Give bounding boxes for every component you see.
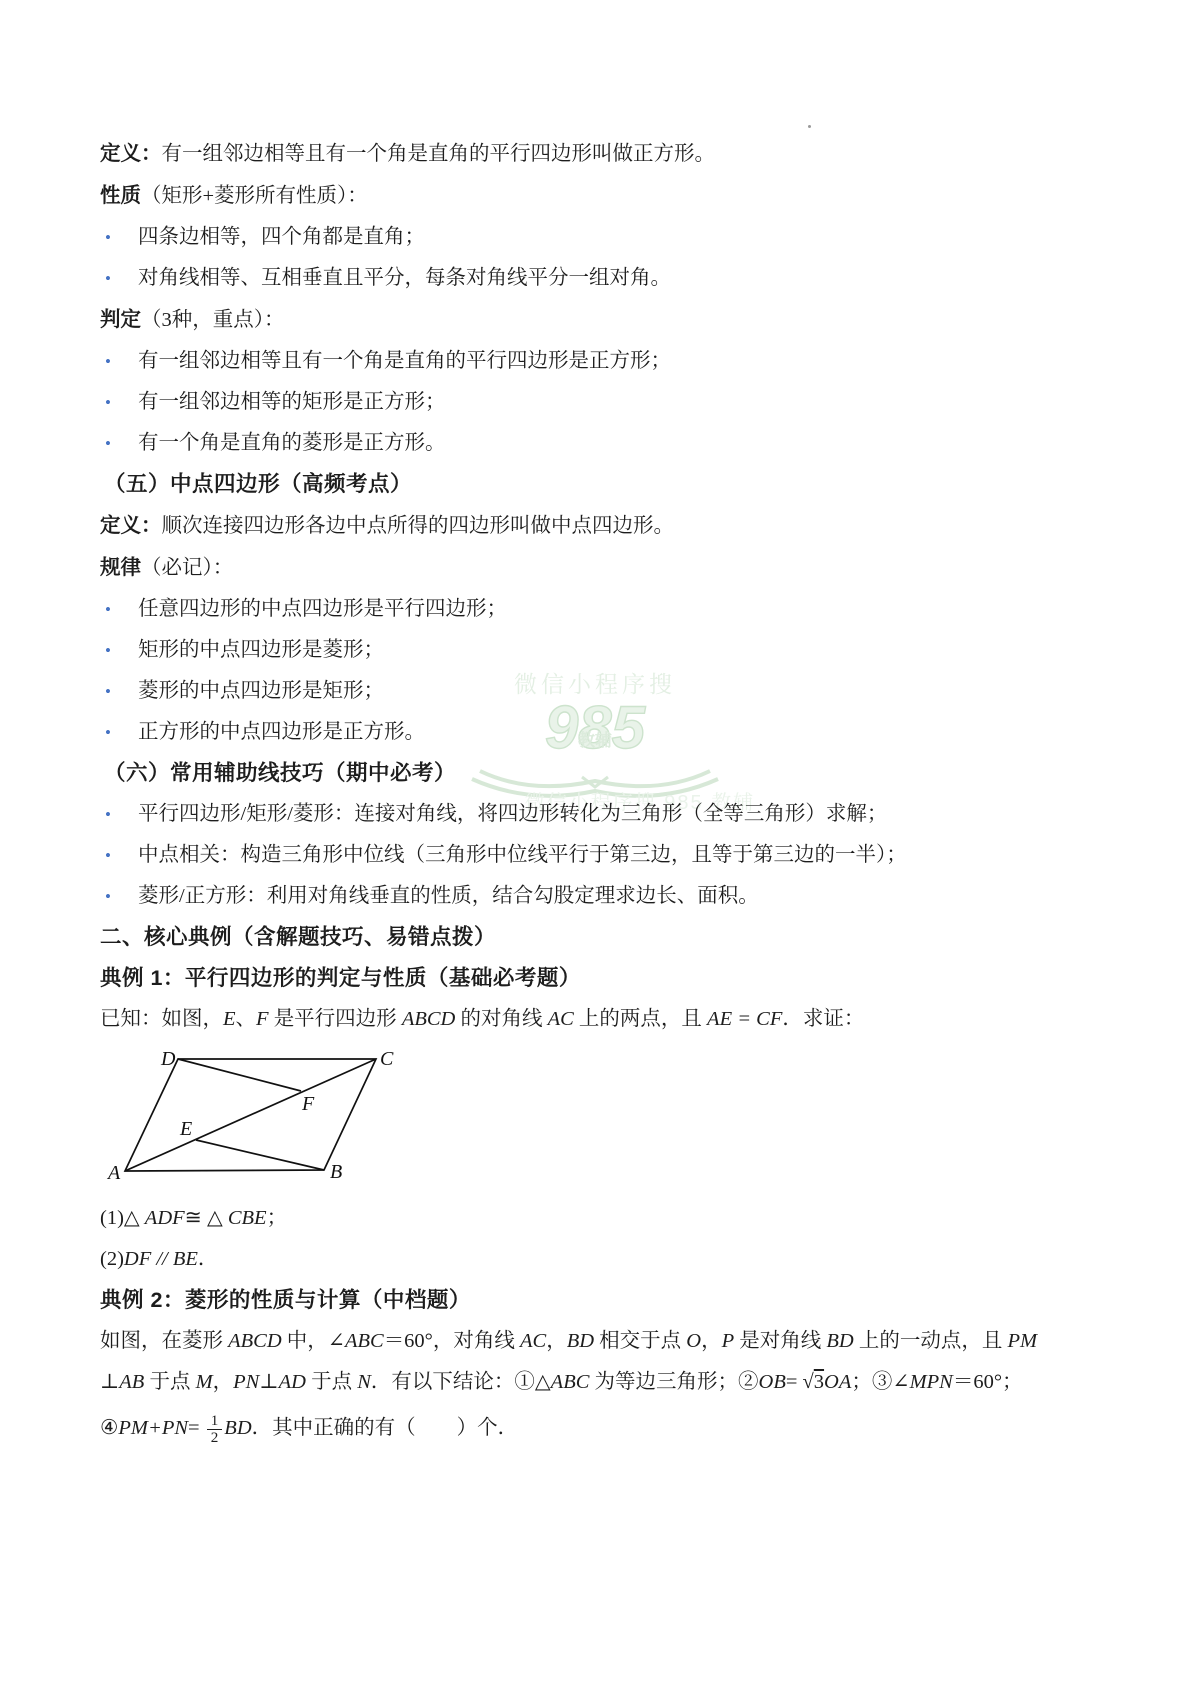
bullet-text: 对角线相等、互相垂直且平分，每条对角线平分一组对角。 [138, 267, 671, 289]
text-segment: F [256, 1008, 269, 1030]
bullet-text: 平行四边形/矩形/菱形：连接对角线，将四边形转化为三角形（全等三角形）求解； [138, 803, 887, 825]
text-segment: AE = CF [707, 1008, 782, 1030]
text-segment: PM+PN [118, 1417, 188, 1439]
bullet-icon: • [100, 630, 138, 671]
text-segment: ， [546, 1330, 567, 1352]
rule-bullet-item: •任意四边形的中点四边形是平行四边形； [100, 589, 1100, 630]
text-segment: 正方形的中点四边形是正方形。 [138, 721, 425, 743]
text-segment: 中点相关：构造三角形中位线（三角形中位线平行于第三边，且等于第三边的一半）； [138, 844, 907, 866]
segment-EB [196, 1140, 324, 1170]
text-segment: （3种，重点）： [141, 309, 285, 331]
rule-label-line: 规律（必记）： [100, 547, 1100, 589]
text-segment: CBE [228, 1207, 267, 1229]
bullet-icon: • [100, 258, 138, 299]
rule-bullet-item: •正方形的中点四边形是正方形。 [100, 712, 1100, 753]
text-segment: 判定 [100, 308, 141, 331]
text-segment: = [786, 1371, 803, 1393]
text-segment: M [196, 1371, 213, 1393]
text-segment: 有一组邻边相等且有一个角是直角的平行四边形叫做正方形。 [162, 143, 716, 165]
text-segment: ⊥ [259, 1371, 278, 1393]
midpoint-definition-line: 定义：顺次连接四边形各边中点所得的四边形叫做中点四边形。 [100, 505, 1100, 547]
bullet-icon: • [100, 217, 138, 258]
document-content: 定义：有一组邻边相等且有一个角是直角的平行四边形叫做正方形。 性质（矩形+菱形所… [100, 133, 1100, 1453]
example-2-heading: 典例 2：菱形的性质与计算（中档题） [100, 1280, 1100, 1321]
text-segment: ， [213, 1371, 234, 1393]
point-label-E: E [179, 1118, 192, 1140]
text-segment: MPN [910, 1371, 953, 1393]
judgment-bullet-item: •有一组邻边相等的矩形是正方形； [100, 382, 1100, 423]
text-segment: 定义： [100, 514, 162, 537]
text-segment: ≅ △ [185, 1207, 228, 1229]
sqrt-expression: √3 [803, 1371, 825, 1393]
prove-item-1-line: (1)△ ADF≅ △ CBE； [100, 1198, 1100, 1239]
judgment-bullet-item: •有一个角是直角的菱形是正方形。 [100, 423, 1100, 464]
bullet-text: 菱形的中点四边形是矩形； [138, 680, 384, 702]
text-segment: ABC [345, 1330, 384, 1352]
text-segment: 定义： [100, 142, 162, 165]
text-segment: ．有以下结论：①△ [371, 1371, 551, 1393]
section-5-heading: （五）中点四边形（高频考点） [100, 464, 1100, 505]
text-segment: OA [824, 1371, 851, 1393]
text-segment: PN [233, 1371, 259, 1393]
text-segment: ； [267, 1207, 288, 1229]
text-segment: 矩形的中点四边形是菱形； [138, 639, 384, 661]
text-segment: 的对角线 [455, 1008, 547, 1030]
text-segment: 有一组邻边相等的矩形是正方形； [138, 391, 446, 413]
text-segment: 为等边三角形；② [589, 1371, 758, 1393]
bullet-icon: • [100, 794, 138, 835]
text-segment: ADF [145, 1207, 185, 1229]
text-segment: 性质 [100, 184, 141, 207]
document-page: 微信小程序搜 985 教辅 微信小程序搜 985 教辅 定义：有一组邻边相等且有… [0, 0, 1190, 1683]
properties-label-line: 性质（矩形+菱形所有性质）： [100, 175, 1100, 217]
technique-bullet-item: •中点相关：构造三角形中位线（三角形中位线平行于第三边，且等于第三边的一半）； [100, 835, 1100, 876]
text-segment: = [188, 1417, 205, 1439]
fraction: 12 [207, 1413, 223, 1446]
text-segment: 、 [236, 1008, 257, 1030]
text-segment: ④ [100, 1417, 118, 1439]
text-segment: AB [119, 1371, 144, 1393]
property-bullet-item: •对角线相等、互相垂直且平分，每条对角线平分一组对角。 [100, 258, 1100, 299]
parallelogram-figure: D C A B E F [100, 1040, 1100, 1198]
text-segment: 对角线相等、互相垂直且平分，每条对角线平分一组对角。 [138, 267, 671, 289]
text-segment: 上的一动点，且 [854, 1330, 1008, 1352]
bullet-text: 有一组邻边相等且有一个角是直角的平行四边形是正方形； [138, 350, 671, 372]
text-segment: O [686, 1330, 701, 1352]
example-2-problem-line-1: 如图，在菱形 ABCD 中，∠ABC＝60°，对角线 AC，BD 相交于点 O，… [100, 1321, 1100, 1362]
text-segment: （必记）： [141, 557, 233, 579]
property-bullet-item: •四条边相等，四个角都是直角； [100, 217, 1100, 258]
bullet-text: 矩形的中点四边形是菱形； [138, 639, 384, 661]
text-segment: 二、核心典例（含解题技巧、易错点拨） [100, 925, 496, 949]
text-segment: 典例 2：菱形的性质与计算（中档题） [100, 1288, 471, 1312]
text-segment: DF // BE [124, 1248, 198, 1270]
section-6-heading: （六）常用辅助线技巧（期中必考） [100, 753, 1100, 794]
text-segment: 相交于点 [594, 1330, 686, 1352]
text-segment: (2) [100, 1248, 124, 1270]
bullet-icon: • [100, 876, 138, 917]
text-segment: ．其中正确的有（ ）个． [252, 1417, 519, 1439]
text-segment: 任意四边形的中点四边形是平行四边形； [138, 598, 507, 620]
judgment-bullet-item: •有一组邻边相等且有一个角是直角的平行四边形是正方形； [100, 341, 1100, 382]
example-1-problem-line: 已知：如图，E、F 是平行四边形 ABCD 的对角线 AC 上的两点，且 AE … [100, 999, 1100, 1040]
vertex-label-A: A [106, 1162, 121, 1184]
diagonal-AC [125, 1059, 376, 1171]
text-segment: PM [1007, 1330, 1037, 1352]
text-segment: ， [701, 1330, 722, 1352]
text-segment: ；③∠ [851, 1371, 909, 1393]
text-segment: ABCD [402, 1008, 456, 1030]
text-segment: N [357, 1371, 371, 1393]
text-segment: P [722, 1330, 735, 1352]
bullet-text: 四条边相等，四个角都是直角； [138, 226, 425, 248]
part-2-heading: 二、核心典例（含解题技巧、易错点拨） [100, 917, 1100, 958]
text-segment: OB [759, 1371, 786, 1393]
rule-bullet-item: •菱形的中点四边形是矩形； [100, 671, 1100, 712]
stray-dot [808, 125, 811, 128]
text-segment: ABCD [228, 1330, 282, 1352]
vertex-label-B: B [330, 1161, 342, 1183]
text-segment: （五）中点四边形（高频考点） [104, 472, 412, 496]
vertex-label-C: C [380, 1048, 394, 1070]
text-segment: BD [826, 1330, 853, 1352]
text-segment: 顺次连接四边形各边中点所得的四边形叫做中点四边形。 [162, 515, 675, 537]
text-segment: 菱形/正方形：利用对角线垂直的性质，结合勾股定理求边长、面积。 [138, 885, 759, 907]
technique-bullet-item: •平行四边形/矩形/菱形：连接对角线，将四边形转化为三角形（全等三角形）求解； [100, 794, 1100, 835]
example-1-heading: 典例 1：平行四边形的判定与性质（基础必考题） [100, 958, 1100, 999]
text-segment: 上的两点，且 [574, 1008, 707, 1030]
text-segment: E [223, 1008, 236, 1030]
text-segment: 有一个角是直角的菱形是正方形。 [138, 432, 446, 454]
example-2-problem-line-2: ⊥AB 于点 M，PN⊥AD 于点 N．有以下结论：①△ABC 为等边三角形；②… [100, 1362, 1100, 1403]
text-segment: ABC [551, 1371, 590, 1393]
text-segment: 是对角线 [734, 1330, 826, 1352]
bullet-icon: • [100, 423, 138, 464]
segment-DF [178, 1059, 301, 1091]
text-segment: 菱形的中点四边形是矩形； [138, 680, 384, 702]
text-segment: AD [279, 1371, 306, 1393]
text-segment: 于点 [306, 1371, 357, 1393]
judgment-label-line: 判定（3种，重点）： [100, 299, 1100, 341]
text-segment: BD [567, 1330, 594, 1352]
text-segment: 如图，在菱形 [100, 1330, 228, 1352]
bullet-text: 有一组邻边相等的矩形是正方形； [138, 391, 446, 413]
bullet-icon: • [100, 341, 138, 382]
parallelogram-svg: D C A B E F [106, 1044, 426, 1194]
technique-bullet-item: •菱形/正方形：利用对角线垂直的性质，结合勾股定理求边长、面积。 [100, 876, 1100, 917]
bullet-text: 任意四边形的中点四边形是平行四边形； [138, 598, 507, 620]
text-segment: 典例 1：平行四边形的判定与性质（基础必考题） [100, 966, 581, 990]
text-segment: ＝60°，对角线 [384, 1330, 520, 1352]
text-segment: AC [548, 1008, 574, 1030]
text-segment: 中，∠ [282, 1330, 345, 1352]
text-segment: AC [520, 1330, 546, 1352]
prove-item-2-line: (2)DF // BE． [100, 1239, 1100, 1280]
text-segment: ． [198, 1248, 219, 1270]
text-segment: 是平行四边形 [269, 1008, 402, 1030]
point-label-F: F [301, 1093, 315, 1115]
text-segment: (1)△ [100, 1207, 145, 1229]
definition-square-line: 定义：有一组邻边相等且有一个角是直角的平行四边形叫做正方形。 [100, 133, 1100, 175]
text-segment: 有一组邻边相等且有一个角是直角的平行四边形是正方形； [138, 350, 671, 372]
text-segment: 平行四边形/矩形/菱形：连接对角线，将四边形转化为三角形（全等三角形）求解； [138, 803, 887, 825]
bullet-icon: • [100, 712, 138, 753]
rule-bullet-item: •矩形的中点四边形是菱形； [100, 630, 1100, 671]
text-segment: ＝60°； [953, 1371, 1023, 1393]
bullet-icon: • [100, 382, 138, 423]
bullet-text: 有一个角是直角的菱形是正方形。 [138, 432, 446, 454]
text-segment: ．求证： [782, 1008, 864, 1030]
bullet-text: 正方形的中点四边形是正方形。 [138, 721, 425, 743]
text-segment: BD [224, 1417, 251, 1439]
bullet-text: 中点相关：构造三角形中位线（三角形中位线平行于第三边，且等于第三边的一半）； [138, 844, 907, 866]
text-segment: （矩形+菱形所有性质）： [141, 185, 368, 207]
text-segment: ⊥ [100, 1371, 119, 1393]
example-2-problem-line-3: ④PM+PN= 12BD．其中正确的有（ ）个． [100, 1403, 1100, 1453]
bullet-icon: • [100, 589, 138, 630]
text-segment: 于点 [144, 1371, 195, 1393]
bullet-icon: • [100, 671, 138, 712]
text-segment: 规律 [100, 556, 141, 579]
text-segment: （六）常用辅助线技巧（期中必考） [104, 761, 456, 785]
text-segment: 已知：如图， [100, 1008, 223, 1030]
vertex-label-D: D [160, 1048, 176, 1070]
text-segment: 四条边相等，四个角都是直角； [138, 226, 425, 248]
bullet-icon: • [100, 835, 138, 876]
bullet-text: 菱形/正方形：利用对角线垂直的性质，结合勾股定理求边长、面积。 [138, 885, 759, 907]
